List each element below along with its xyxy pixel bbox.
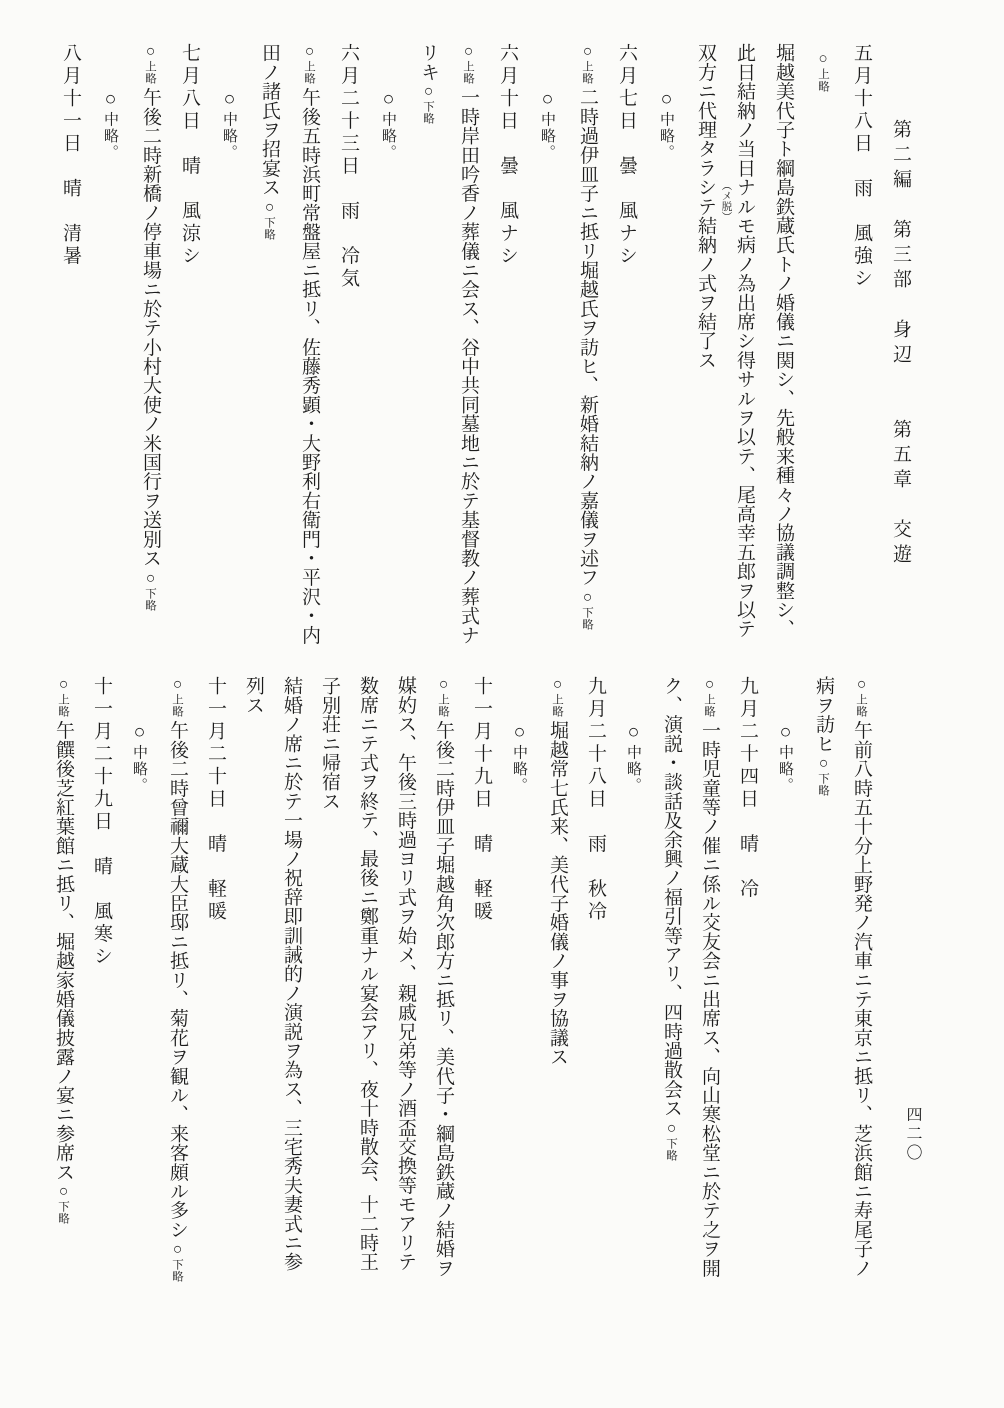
diary-date-line: 九月二十八日 雨 秋冷 bbox=[576, 676, 614, 1324]
omission-marker-glyphs: ○中略。 bbox=[625, 722, 641, 794]
top-text-block: 第二編 第三部 身辺 第五章 交遊五月十八日 雨 風強シ○上略堀越美代子ト綱島鉄… bbox=[51, 43, 920, 671]
diary-date-line: 九月二十四日 晴 冷 bbox=[728, 676, 766, 1324]
omission-marker-glyphs: ○上略 bbox=[817, 51, 829, 93]
omission-marker-glyphs: ○中略。 bbox=[380, 89, 396, 161]
diary-text-line: 媒妁ス、午後三時過ヨリ式ヲ始メ、親戚兄弟等ノ酒盃交換等モアリテ bbox=[386, 676, 424, 1324]
circle-glyph: ○ bbox=[378, 89, 399, 112]
diary-text-line: リキ○下略 bbox=[408, 43, 448, 671]
upper-omission-marker: ○上略 bbox=[462, 43, 474, 85]
circle-glyph: ○ bbox=[815, 755, 832, 773]
diary-date-line: 七月八日 晴 風涼シ bbox=[170, 43, 209, 671]
circle-glyph: ○ bbox=[853, 676, 870, 694]
diary-text-line: 双方ニ代理タラシテ結納ノ式ヲ結了ス bbox=[686, 43, 725, 671]
circle-glyph: ○ bbox=[815, 51, 831, 68]
omission-marker-glyphs: ○中略。 bbox=[221, 89, 237, 161]
circle-glyph: ○ bbox=[579, 589, 596, 607]
omission-marker: ○上略 bbox=[803, 43, 842, 671]
circle-glyph: ○ bbox=[420, 83, 437, 101]
diary-text-line: 数席ニテ式ヲ終テ、最後ニ鄭重ナル宴会アリ、夜十時散会、十二時王 bbox=[348, 676, 386, 1324]
omission-marker: ○中略。 bbox=[766, 676, 804, 1324]
diary-text-line: 堀越美代子ト綱島鉄蔵氏トノ婚儀ニ関シ、先般来種々ノ協議調整シ、 bbox=[764, 43, 803, 671]
diary-text-line: ク、演説・談話及余興ノ福引等アリ、四時過散会ス○下略 bbox=[652, 676, 690, 1324]
bottom-text-block: ○上略午前八時五十分上野発ノ汽車ニテ東京ニ抵リ、芝浜館ニ寿尾子ノ病ヲ訪ヒ○下略○… bbox=[44, 676, 880, 1324]
diary-date-line: 十一月十九日 晴 軽暖 bbox=[462, 676, 500, 1324]
circle-glyph: ○ bbox=[55, 1183, 72, 1201]
upper-omission-marker: ○上略 bbox=[437, 676, 449, 718]
diary-text-line: ○上略二時過伊皿子ニ抵リ堀越氏ヲ訪ヒ、新婚結納ノ嘉儀ヲ述フ○下略 bbox=[567, 43, 607, 671]
omission-marker-glyphs: ○中略。 bbox=[539, 89, 555, 161]
circle-glyph: ○ bbox=[142, 570, 159, 588]
diary-text-line: ○上略午饌後芝紅葉館ニ抵リ、堀越家婚儀披露ノ宴ニ参席ス○下略 bbox=[44, 676, 82, 1324]
omission-marker: ○中略。 bbox=[209, 43, 249, 671]
omission-marker: ○中略。 bbox=[120, 676, 158, 1324]
diary-text-line: ○上略午前八時五十分上野発ノ汽車ニテ東京ニ抵リ、芝浜館ニ寿尾子ノ bbox=[842, 676, 880, 1324]
lower-omission-marker: ○下略 bbox=[817, 755, 829, 797]
circle-glyph: ○ bbox=[169, 1241, 186, 1259]
diary-date-line: 十一月二十日 晴 軽暖 bbox=[196, 676, 234, 1324]
omission-marker-glyphs: ○中略。 bbox=[102, 89, 118, 161]
circle-glyph: ○ bbox=[775, 722, 796, 745]
circle-glyph: ○ bbox=[435, 676, 452, 694]
circle-glyph: ○ bbox=[537, 89, 558, 112]
lower-omission-marker: ○下略 bbox=[665, 1120, 677, 1162]
circle-glyph: ○ bbox=[219, 89, 240, 112]
circle-glyph: ○ bbox=[55, 676, 72, 694]
circle-glyph: ○ bbox=[656, 89, 677, 112]
omission-marker: ○中略。 bbox=[90, 43, 130, 671]
diary-date-line: 六月十日 曇 風ナシ bbox=[488, 43, 527, 671]
upper-omission-marker: ○上略 bbox=[855, 676, 867, 718]
upper-omission-marker: ○上略 bbox=[551, 676, 563, 718]
omission-marker: ○中略。 bbox=[614, 676, 652, 1324]
lower-omission-marker: ○下略 bbox=[144, 570, 156, 612]
omission-marker: ○中略。 bbox=[646, 43, 686, 671]
omission-marker-glyphs: ○中略。 bbox=[511, 722, 527, 794]
diary-date-line: 六月七日 曇 風ナシ bbox=[607, 43, 646, 671]
diary-date-line: 五月十八日 雨 風強シ bbox=[842, 43, 881, 671]
diary-text-line: ○上略午後五時浜町常盤屋ニ抵リ、佐藤秀顕・大野利右衛門・平沢・内 bbox=[289, 43, 329, 671]
lower-omission-marker: ○下略 bbox=[581, 589, 593, 631]
omission-marker: ○中略。 bbox=[368, 43, 408, 671]
margin-correction-note: （メ脱） bbox=[720, 180, 731, 222]
upper-omission-marker: ○上略 bbox=[703, 676, 715, 718]
circle-glyph: ○ bbox=[460, 43, 477, 61]
diary-text-line: ○上略堀越常七氏来、美代子婚儀ノ事ヲ協議ス bbox=[538, 676, 576, 1324]
circle-glyph: ○ bbox=[129, 722, 150, 745]
circle-glyph: ○ bbox=[549, 676, 566, 694]
diary-date-line: 十一月二十九日 晴 風寒シ bbox=[82, 676, 120, 1324]
page-number: 四二〇 bbox=[901, 1106, 924, 1163]
circle-glyph: ○ bbox=[663, 1120, 680, 1138]
lower-omission-marker: ○下略 bbox=[263, 199, 275, 241]
circle-glyph: ○ bbox=[623, 722, 644, 745]
diary-text-line: ○上略一時児童等ノ催ニ係ル交友会ニ出席ス、向山寒松堂ニ於テ之ヲ開 bbox=[690, 676, 728, 1324]
omission-marker-glyphs: ○中略。 bbox=[777, 722, 793, 794]
diary-text-line: ○上略一時岸田吟香ノ葬儀ニ会ス、谷中共同墓地ニ於テ基督教ノ葬式ナ bbox=[448, 43, 488, 671]
diary-text-line: 病ヲ訪ヒ○下略 bbox=[804, 676, 842, 1324]
omission-marker: ○中略。 bbox=[527, 43, 567, 671]
omission-marker-glyphs: ○中略。 bbox=[658, 89, 674, 161]
circle-glyph: ○ bbox=[509, 722, 530, 745]
upper-omission-marker: ○上略 bbox=[144, 43, 156, 85]
upper-omission-marker: ○上略 bbox=[581, 43, 593, 85]
diary-date-line: 八月十一日 晴 清暑 bbox=[51, 43, 90, 671]
circle-glyph: ○ bbox=[100, 89, 121, 112]
diary-text-line: 此日結納ノ当日ナルモ（メ脱）病ノ為出席シ得サルヲ以テ、尾高幸五郎ヲ以テ bbox=[725, 43, 764, 671]
diary-text-line: ○上略午後二時曾禰大蔵大臣邸ニ抵リ、菊花ヲ観ル、来客頗ル多シ○下略 bbox=[158, 676, 196, 1324]
circle-glyph: ○ bbox=[701, 676, 718, 694]
circle-glyph: ○ bbox=[579, 43, 596, 61]
upper-omission-marker: ○上略 bbox=[171, 676, 183, 718]
lower-omission-marker: ○下略 bbox=[57, 1183, 69, 1225]
upper-omission-marker: ○上略 bbox=[303, 43, 315, 85]
upper-omission-marker: ○上略 bbox=[57, 676, 69, 718]
diary-text-line: ○上略午後二時伊皿子堀越角次郎方ニ抵リ、美代子・綱島鉄蔵ノ結婚ヲ bbox=[424, 676, 462, 1324]
omission-marker-glyphs: ○中略。 bbox=[131, 722, 147, 794]
section-header: 第二編 第三部 身辺 第五章 交遊 bbox=[881, 43, 920, 671]
scanned-book-page: 第二編 第三部 身辺 第五章 交遊五月十八日 雨 風強シ○上略堀越美代子ト綱島鉄… bbox=[0, 0, 1004, 1408]
lower-omission-marker: ○下略 bbox=[171, 1241, 183, 1283]
diary-text-line: 子別荘ニ帰宿ス bbox=[310, 676, 348, 1324]
circle-glyph: ○ bbox=[301, 43, 318, 61]
circle-glyph: ○ bbox=[169, 676, 186, 694]
diary-text-line: 田ノ諸氏ヲ招宴ス○下略 bbox=[249, 43, 289, 671]
circle-glyph: ○ bbox=[261, 199, 278, 217]
diary-text-line: ○上略午後二時新橋ノ停車場ニ於テ小村大使ノ米国行ヲ送別ス○下略 bbox=[130, 43, 170, 671]
diary-date-line: 六月二十三日 雨 冷気 bbox=[329, 43, 368, 671]
circle-glyph: ○ bbox=[142, 43, 159, 61]
diary-text-line: 列ス bbox=[234, 676, 272, 1324]
omission-marker: ○中略。 bbox=[500, 676, 538, 1324]
diary-text-line: 結婚ノ席ニ於テ一場ノ祝辞即訓誡的ノ演説ヲ為ス、三宅秀夫妻式ニ参 bbox=[272, 676, 310, 1324]
lower-omission-marker: ○下略 bbox=[422, 83, 434, 125]
